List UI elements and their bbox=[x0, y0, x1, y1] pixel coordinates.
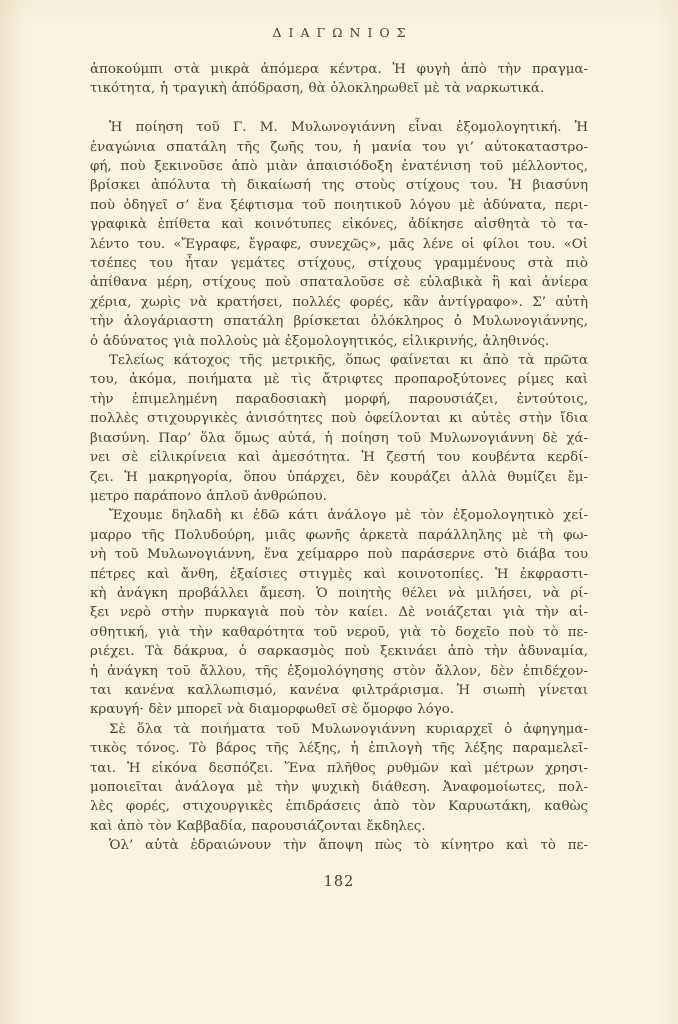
text-line: νὴ τοῦ Μυλωνογιάννη, ἕνα χείμαρρο ποὺ πα… bbox=[90, 545, 588, 564]
text-line: ὁ ἀδύνατος γιὰ πολλοὺς μὰ ἐξομολογητικός… bbox=[90, 332, 588, 351]
text-line: λὲς φορές, στιχουργικὲς ἐπιδράσεις ἀπὸ τ… bbox=[90, 797, 588, 816]
page-header: ΔΙΑΓΩΝΙΟΣ bbox=[0, 25, 678, 40]
page-text: ἀποκούμπι στὰ μικρὰ ἀπόμερα κέντρα. Ἡ φυ… bbox=[90, 60, 588, 856]
text-line: ξει νερὸ στὴν πυρκαγιὰ ποὺ τὸν καίει. Δὲ… bbox=[90, 603, 588, 622]
text-line: τὴν ἀλογάριαστη σπατάλη βρίσκεται ὁλόκλη… bbox=[90, 312, 588, 331]
text-line: γραφικὰ ἐπίθετα καὶ κοινότυπες εἰκόνες, … bbox=[90, 215, 588, 234]
text-line: ριέχει. Τὰ δάκρυα, ὁ σαρκασμὸς ποὺ ξεκιν… bbox=[90, 642, 588, 661]
text-line: σθητική, γιὰ τὴν καθαρότητα τοῦ νεροῦ, γ… bbox=[90, 623, 588, 642]
text-line: Τελείως κάτοχος τῆς μετρικῆς, ὅπως φαίνε… bbox=[90, 351, 588, 370]
text-line: ται. Ἡ εἰκόνα δεσπόζει. Ἕνα πλῆθος ρυθμῶ… bbox=[90, 759, 588, 778]
paragraph: ἀποκούμπι στὰ μικρὰ ἀπόμερα κέντρα. Ἡ φυ… bbox=[90, 60, 588, 99]
paragraph: Ἔχουμε δηλαδὴ κι ἐδῶ κάτι ἀνάλογο μὲ τὸν… bbox=[90, 506, 588, 719]
text-line: κὴ ἀνάγκη προβάλλει ἄμεση. Ὁ ποιητὴς θέλ… bbox=[90, 584, 588, 603]
text-line: βρίσκει ἀπόλυτα τὴ δικαίωσή της στοὺς στ… bbox=[90, 176, 588, 195]
text-line: βιασύνη. Παρ’ ὅλα ὅμως αὐτά, ἡ ποίηση το… bbox=[90, 429, 588, 448]
text-line: μοποιεῖται ἀνάλογα μὲ τὴν ψυχικὴ διάθεση… bbox=[90, 778, 588, 797]
text-line: τσέπες του ἦταν γεμάτες στίχους, στίχους… bbox=[90, 254, 588, 273]
text-line: τικὸς τόνος. Τὸ βάρος τῆς λέξης, ἡ ἐπιλο… bbox=[90, 739, 588, 758]
paragraph: Ἡ ποίηση τοῦ Γ. Μ. Μυλωνογιάννη εἶναι ἐξ… bbox=[90, 118, 588, 351]
text-line: Ἔχουμε δηλαδὴ κι ἐδῶ κάτι ἀνάλογο μὲ τὸν… bbox=[90, 506, 588, 525]
text-line: του, ἀκόμα, ποιήματα μὲ τὶς ἄτριφτες προ… bbox=[90, 370, 588, 389]
text-line: ποὺ ὁδηγεῖ σ’ ἕνα ξέφτισμα τοῦ ποιητικοῦ… bbox=[90, 196, 588, 215]
text-line: Ἡ ποίηση τοῦ Γ. Μ. Μυλωνογιάννη εἶναι ἐξ… bbox=[90, 118, 588, 137]
running-head: ΔΙΑΓΩΝΙΟΣ bbox=[0, 25, 678, 40]
text-line: ἀποκούμπι στὰ μικρὰ ἀπόμερα κέντρα. Ἡ φυ… bbox=[90, 60, 588, 79]
text-line: Σὲ ὅλα τὰ ποιήματα τοῦ Μυλωνογιάννη κυρι… bbox=[90, 720, 588, 739]
text-line: ζει. Ἡ μακρηγορία, ὅπου ὑπάρχει, δὲν κου… bbox=[90, 468, 588, 487]
text-line: μετρο παράπονο ἁπλοῦ ἀνθρώπου. bbox=[90, 487, 588, 506]
text-line: πέτρες καὶ ἄνθη, ἐξαίσιες στιγμὲς καὶ κο… bbox=[90, 565, 588, 584]
page-number: 182 bbox=[324, 874, 355, 890]
text-line: ἡ ἀνάγκη τοῦ ἄλλου, τῆς ἐξομολόγησης στὸ… bbox=[90, 662, 588, 681]
text-line: ἐναγώνια σπατάλη τῆς ζωῆς του, ἡ μανία τ… bbox=[90, 138, 588, 157]
text-line: χέρια, χωρὶς νὰ κρατήσει, πολλές φορές, … bbox=[90, 293, 588, 312]
text-line: λέντο του. «Ἔγραφε, ἔγραφε, συνεχῶς», μᾶ… bbox=[90, 235, 588, 254]
paragraph: Ὁλ’ αὐτὰ ἑδραιώνουν τὴν ἄποψη πὼς τὸ κίν… bbox=[90, 836, 588, 855]
book-page: ΔΙΑΓΩΝΙΟΣ ἀποκούμπι στὰ μικρὰ ἀπόμερα κέ… bbox=[0, 0, 678, 1024]
text-line: κραυγή· δὲν μπορεῖ νὰ διαμορφωθεῖ σὲ ὄμο… bbox=[90, 700, 588, 719]
paragraph: Τελείως κάτοχος τῆς μετρικῆς, ὅπως φαίνε… bbox=[90, 351, 588, 506]
text-line: καὶ ἀπὸ τὸν Καββαδία, παρουσιάζονται ἔκδ… bbox=[90, 817, 588, 836]
text-line: πολλὲς στιχουργικὲς ἀνισότητες ποὺ ὀφείλ… bbox=[90, 409, 588, 428]
text-line: ται κανένα καλλωπισμό, κανένα φιλτράρισμ… bbox=[90, 681, 588, 700]
text-line: τὴν ἐπιμελημένη παραδοσιακὴ μορφή, παρου… bbox=[90, 390, 588, 409]
page-footer: 182 bbox=[0, 871, 678, 890]
text-line: μαρρο τῆς Πολυδούρη, μιᾶς φωνῆς ἀρκετὰ π… bbox=[90, 526, 588, 545]
text-line: ἀπίθανα μέρη, στίχους ποὺ σπαταλοῦσε σὲ … bbox=[90, 273, 588, 292]
text-line: Ὁλ’ αὐτὰ ἑδραιώνουν τὴν ἄποψη πὼς τὸ κίν… bbox=[90, 836, 588, 855]
text-line: φή, ποὺ ξεκινοῦσε ἀπὸ μιὰν ἀπαισιόδοξη ἐ… bbox=[90, 157, 588, 176]
text-line: τικότητα, ἡ τραγικὴ ἀπόδραση, θὰ ὁλοκληρ… bbox=[90, 79, 588, 98]
paragraph: Σὲ ὅλα τὰ ποιήματα τοῦ Μυλωνογιάννη κυρι… bbox=[90, 720, 588, 836]
text-line: νει σὲ εἰλικρίνεια καὶ ἀμεσότητα. Ἡ ζεστ… bbox=[90, 448, 588, 467]
